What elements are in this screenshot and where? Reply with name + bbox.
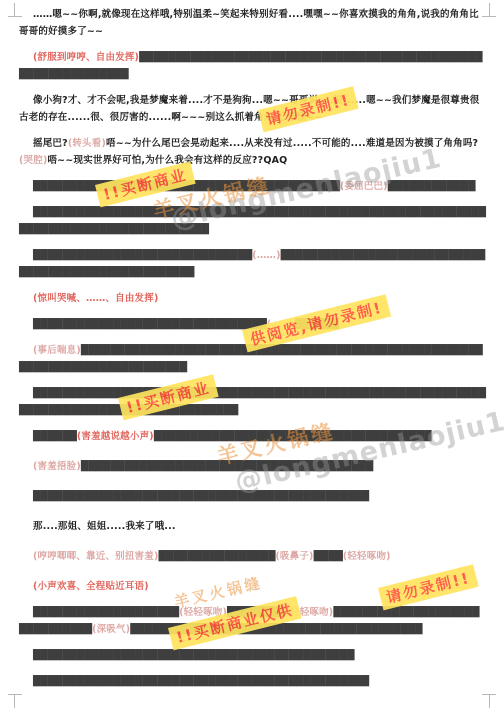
redacted-text: ████████████████████████████████████████…: [33, 650, 354, 661]
redacted-text: ████████████████████████████████████████…: [19, 388, 486, 416]
dialogue-text: 唔~~现实世界好可怕,为什么我会有这样的反应??QAQ: [47, 155, 287, 166]
stage-direction: (害羞越说越小声): [77, 431, 154, 442]
redacted-text: ████: [314, 551, 343, 562]
redacted-text: ████████████████████████████████: [33, 319, 267, 330]
dialogue-text: 摇尾巴?: [33, 138, 68, 149]
script-paragraph: (舒服到哼哼、自由发挥)████████████████████████████…: [19, 49, 486, 83]
stage-direction: (小声欢喜、全程贴近耳语): [33, 581, 149, 592]
script-paragraph: 那....那姐、姐姐.....我来了哦...: [19, 518, 486, 535]
redacted-text: ████████████████████████████████████████…: [33, 491, 369, 502]
script-paragraph: ████████████████████████████████████████…: [19, 385, 486, 419]
stage-direction: (哼哼唧唧、靠近、别扭害羞): [33, 551, 158, 562]
redacted-text: ████████████████████████████████████████…: [33, 676, 369, 687]
redacted-text: ██████: [33, 431, 77, 442]
stage-direction: (舒服到哼哼、自由发挥): [33, 52, 139, 63]
stage-direction: (……): [252, 250, 280, 261]
script-paragraph: ████████████████████████████████████████…: [19, 647, 486, 664]
script-paragraph: ██████████████████████████████(……)██████…: [19, 247, 486, 281]
script-paragraph: ████████████████████████████████████████…: [19, 673, 486, 690]
stage-direction: (轻轻啄吻): [343, 551, 391, 562]
stage-direction: (惊叫哭喊、……、自由发挥): [33, 293, 158, 304]
dialogue-text: ……嗯~~你啊,就像现在这样哦,特别温柔~笑起来特别好看....嘿嘿~~你喜欢摸…: [19, 9, 479, 37]
redacted-text: ██████████████████████████████: [33, 250, 252, 261]
dialogue-text: 像小狗?才、才不会呢,我是梦魔来着....才不是狗狗...嗯~~哥哥说....说…: [19, 95, 479, 123]
stage-direction: (深吸气): [92, 624, 130, 635]
stage-direction: (转头看): [68, 138, 106, 149]
stage-direction: (事后喘息): [33, 345, 81, 356]
dialogue-text: 那....那姐、姐姐.....我来了哦...: [33, 521, 176, 532]
stage-direction: (哭腔): [19, 155, 47, 166]
redacted-text: ████████████████: [158, 551, 275, 562]
stage-direction: (吸鼻子): [275, 551, 313, 562]
script-paragraph: ……嗯~~你啊,就像现在这样哦,特别温柔~笑起来特别好看....嘿嘿~~你喜欢摸…: [19, 6, 486, 40]
script-paragraph: 像小狗?才、才不会呢,我是梦魔来着....才不是狗狗...嗯~~哥哥说....说…: [19, 92, 486, 126]
stage-direction: (害羞捂脸): [33, 461, 81, 472]
script-paragraph: (惊叫哭喊、……、自由发挥): [19, 290, 486, 307]
redacted-text: ████████████████████: [33, 607, 179, 618]
script-paragraph: (哼哼唧唧、靠近、别扭害羞)████████████████(吸鼻子)████(…: [19, 548, 486, 565]
